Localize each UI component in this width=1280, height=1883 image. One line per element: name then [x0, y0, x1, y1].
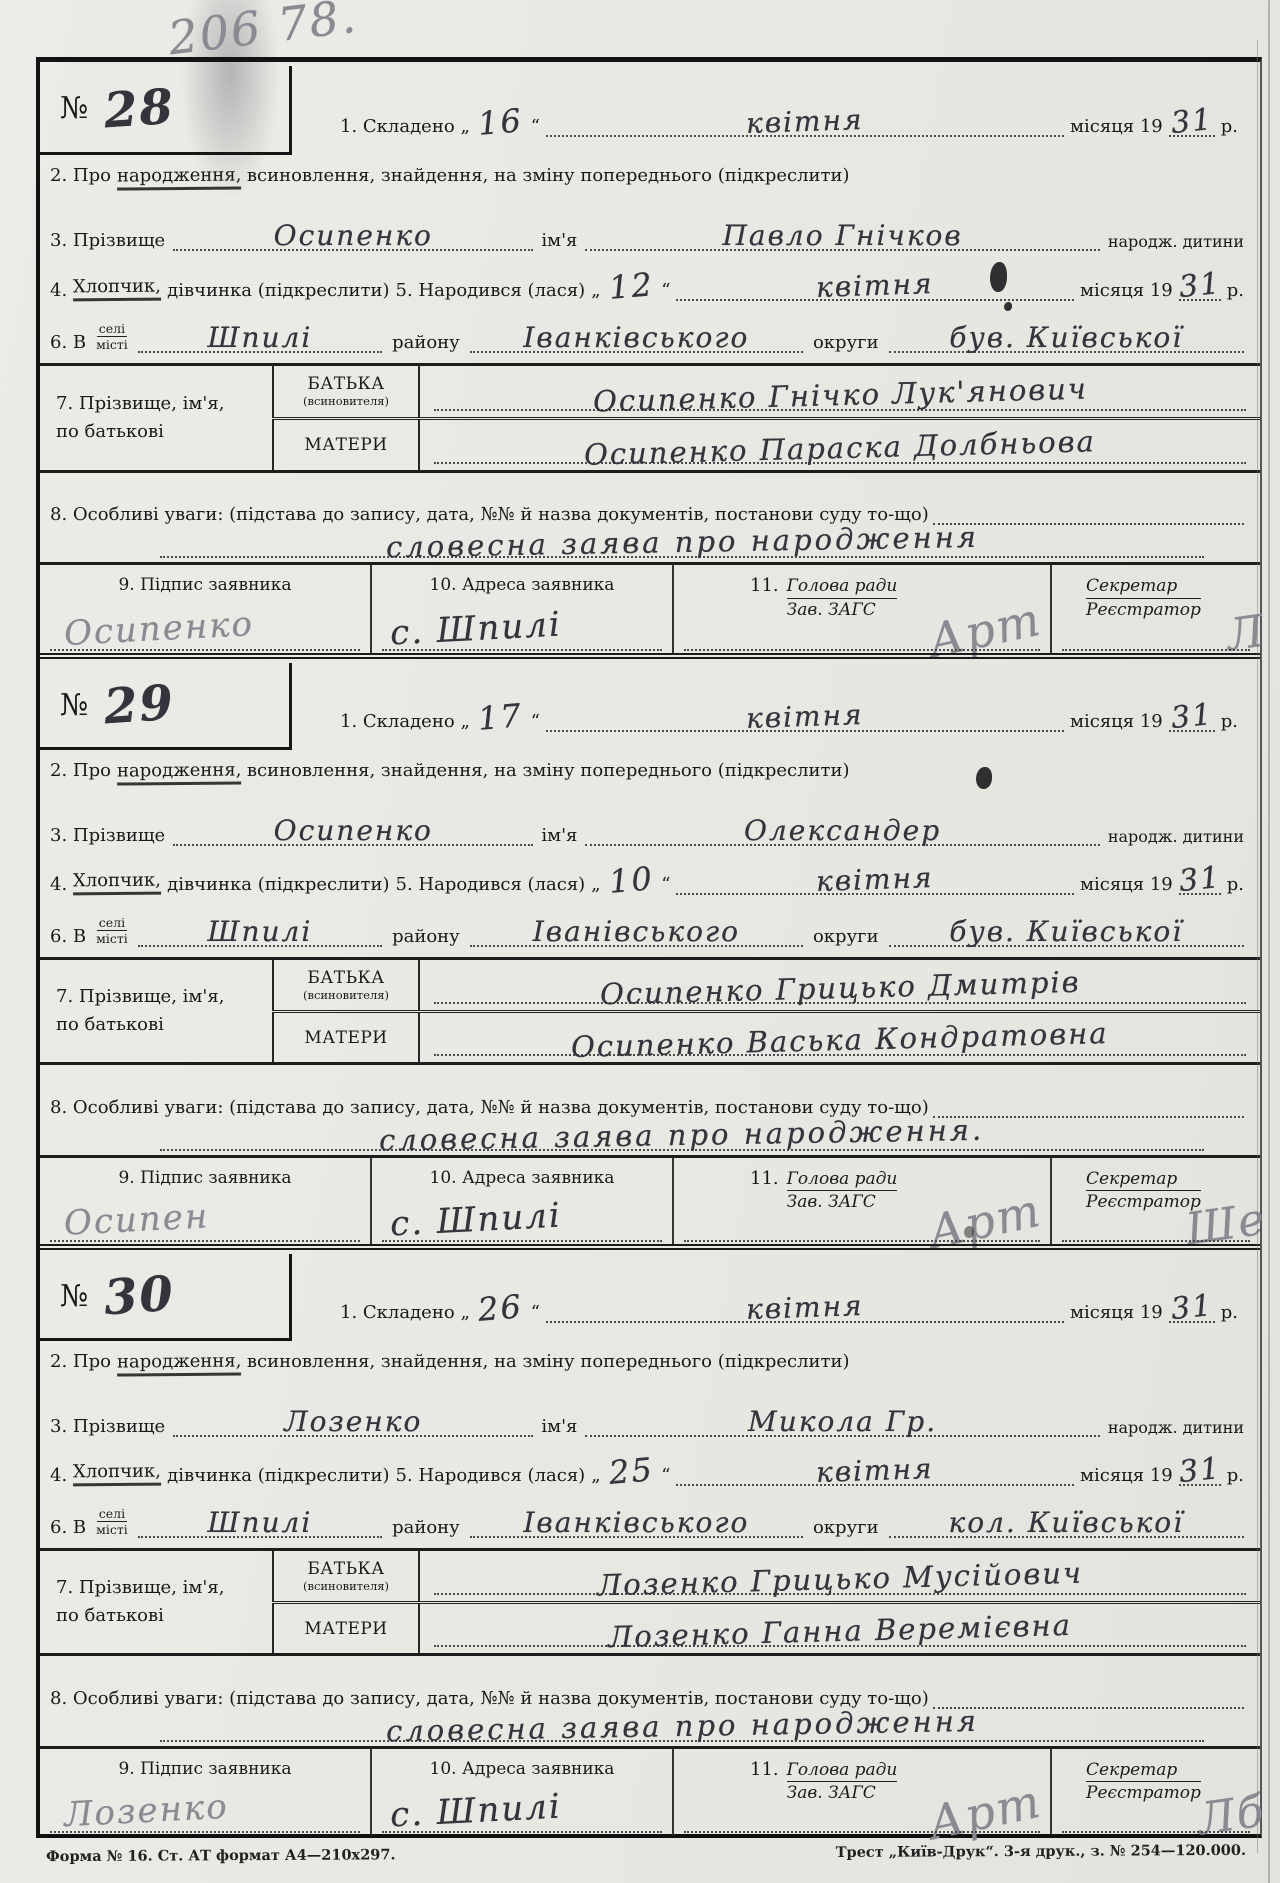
okruga-label: округи	[813, 1517, 879, 1538]
sex-prefix: 4.	[50, 280, 67, 301]
remarks-label: 8. Особливі уваги: (підстава до запису, …	[50, 1688, 929, 1709]
record-number-value: 30	[103, 1266, 178, 1327]
father-row: БАТЬКА (всиновителя) Лозенко Грицько Мус…	[272, 1551, 1260, 1604]
composed-day-value: 17	[476, 697, 524, 739]
sex-underlined-boy: Хлопчик,	[73, 1461, 161, 1487]
birth-year-field: 31	[1179, 268, 1221, 301]
birth-month-field: квітня	[676, 269, 1074, 301]
name-value: Микола Гр.	[748, 1405, 937, 1438]
type-prefix: 2. Про	[50, 165, 111, 186]
parents-label: 7. Прізвище, ім'я, по батькові	[40, 366, 272, 470]
remarks-value-area: словесна заява про народження	[50, 1709, 1244, 1746]
mother-field: Осипенко Параска Долбньова	[420, 420, 1260, 470]
mother-label: МАТЕРИ	[304, 1619, 387, 1639]
village-city-fraction: селі місті	[96, 1506, 128, 1538]
okruga-value: був. Київської	[949, 321, 1183, 354]
birth-month-value: квітня	[816, 1452, 935, 1489]
head-zags-fraction: Голова ради Зав. ЗАГС	[787, 1759, 898, 1836]
month-19-label: місяця 19	[1080, 874, 1173, 895]
applicant-address-label: 10. Адреса заявника	[372, 1759, 672, 1779]
mother-row: МАТЕРИ Осипенко Васька Кондратовна	[272, 1013, 1260, 1063]
remarks-field: словесна заява про народження	[160, 1709, 1204, 1742]
record-type-line: 2. Про народження, всиновлення, знайденн…	[50, 1351, 1244, 1387]
year-suffix-label: р.	[1221, 1302, 1238, 1323]
okruga-label: округи	[813, 332, 879, 353]
okruga-value: кол. Київської	[948, 1506, 1184, 1539]
sex-underlined-boy: Хлопчик,	[73, 276, 161, 302]
okruga-field: був. Київської	[889, 915, 1244, 947]
type-underlined-birth: народження,	[117, 164, 242, 190]
applicant-signature-value: Осипенко	[63, 604, 255, 654]
applicant-signature-label: 9. Підпис заявника	[40, 575, 370, 595]
record-number-box: № 28	[40, 66, 292, 155]
applicant-signature-label: 9. Підпис заявника	[40, 1759, 370, 1779]
surname-field: Лозенко	[173, 1405, 533, 1437]
applicant-address-cell: 10. Адреса заявника с. Шпилі	[372, 565, 674, 653]
composed-year-field: 31	[1169, 104, 1215, 137]
birth-year-value: 31	[1177, 860, 1223, 899]
okruga-field: кол. Київської	[889, 1506, 1244, 1538]
father-row: БАТЬКА (всиновителя) Осипенко Грицько Дм…	[272, 960, 1260, 1013]
rayon-value: Іванківського	[523, 1506, 749, 1539]
composed-month-field: квітня	[546, 1291, 1064, 1323]
signature-line	[1062, 1831, 1250, 1833]
name-label: ім'я	[541, 230, 577, 251]
surname-label: 3. Прізвище	[50, 230, 165, 251]
village-value: Шпилі	[208, 321, 313, 354]
composed-year-value: 31	[1169, 1288, 1215, 1327]
applicant-address-label: 10. Адреса заявника	[372, 575, 672, 595]
year-suffix-label: р.	[1227, 1465, 1244, 1486]
signature-line	[382, 649, 662, 651]
father-label: БАТЬКА	[307, 374, 384, 394]
father-field: Лозенко Грицько Мусійович	[420, 1551, 1260, 1601]
composed-day-value: 26	[476, 1288, 524, 1330]
village-value: Шпилі	[208, 915, 313, 948]
signature-row: 9. Підпис заявника Осипен 10. Адреса зая…	[40, 1155, 1260, 1245]
remarks-field: словесна заява про народження	[160, 525, 1204, 558]
number-sign-label: №	[60, 688, 88, 723]
record-number-row: № 28 1. Складено „ 16 “ квітня місяця 19…	[40, 66, 1244, 155]
head-signature-value: Арт	[924, 1774, 1047, 1851]
open-quote: „	[461, 116, 470, 137]
item-11-label: 11.	[750, 1168, 779, 1245]
father-row: БАТЬКА (всиновителя) Осипенко Гнічко Лук…	[272, 366, 1260, 419]
parents-rows: БАТЬКА (всиновителя) Осипенко Гнічко Лук…	[272, 366, 1260, 470]
mother-fill: Лозенко Ганна Веремієвна	[434, 1614, 1246, 1647]
remarks-value: словесна заява про народження	[385, 1703, 979, 1747]
composed-month-value: квітня	[746, 1289, 865, 1326]
applicant-signature-value: Лозенко	[63, 1787, 230, 1836]
parents-label: 7. Прізвище, ім'я, по батькові	[40, 1551, 272, 1654]
head-zags-fraction: Голова ради Зав. ЗАГС	[787, 575, 898, 653]
name-label: ім'я	[541, 1416, 577, 1437]
village-field: Шпилі	[138, 915, 382, 947]
surname-value: Осипенко	[274, 814, 433, 847]
rayon-label: району	[392, 332, 460, 353]
applicant-signature-cell: 9. Підпис заявника Лозенко	[40, 1749, 372, 1836]
number-sign-label: №	[60, 1279, 88, 1314]
surname-value: Осипенко	[274, 219, 433, 252]
type-rest: всиновлення, знайдення, на зміну поперед…	[247, 1351, 850, 1372]
year-suffix-label: р.	[1227, 874, 1244, 895]
applicant-address-label: 10. Адреса заявника	[372, 1168, 672, 1188]
applicant-address-value: с. Шпилі	[389, 1196, 563, 1245]
head-of-council-label: Голова ради	[787, 1759, 898, 1783]
mother-label: МАТЕРИ	[304, 435, 387, 455]
month-19-label: місяця 19	[1080, 280, 1173, 301]
birth-day-value: 12	[607, 265, 655, 307]
rayon-field: Іванківського	[470, 321, 803, 353]
composed-month-value: квітня	[746, 698, 865, 735]
birth-month-field: квітня	[676, 1454, 1074, 1486]
composed-month-field: квітня	[546, 105, 1064, 137]
month-19-label: місяця 19	[1070, 711, 1163, 732]
parents-table: 7. Прізвище, ім'я, по батькові БАТЬКА (в…	[40, 363, 1260, 473]
mother-row: МАТЕРИ Осипенко Параска Долбньова	[272, 420, 1260, 470]
in-label: 6. В	[50, 332, 86, 353]
composed-day-value: 16	[476, 101, 524, 143]
mother-header: МАТЕРИ	[272, 420, 420, 470]
signature-line	[684, 649, 1040, 651]
rayon-value: Іванківського	[523, 321, 749, 354]
page-edge-line	[1268, 0, 1270, 1883]
rayon-field: Іванівського	[470, 915, 803, 947]
composed-year-field: 31	[1169, 699, 1215, 732]
child-label: народж. дитини	[1108, 232, 1244, 251]
village-city-fraction: селі місті	[96, 321, 128, 353]
adopter-label: (всиновителя)	[303, 394, 389, 408]
father-value: Осипенко Грицько Дмитрів	[599, 964, 1080, 1011]
signature-line	[382, 1831, 662, 1833]
applicant-address-value: с. Шпилі	[389, 605, 563, 654]
applicant-signature-value: Осипен	[63, 1196, 210, 1244]
mother-fill: Осипенко Параска Долбньова	[434, 431, 1246, 464]
type-underlined-birth: народження,	[117, 1351, 242, 1377]
rayon-field: Іванківського	[470, 1506, 803, 1538]
composed-label: 1. Складено	[340, 711, 455, 732]
ink-blot	[976, 767, 992, 789]
father-header: БАТЬКА (всиновителя)	[272, 1551, 420, 1601]
name-field: Микола Гр.	[585, 1405, 1099, 1437]
village-city-fraction: селі місті	[96, 915, 128, 947]
form-footer: Форма № 16. Ст. АТ формат А4—210x297. Тр…	[46, 1842, 1246, 1865]
record-number-row: № 29 1. Складено „ 17 “ квітня місяця 19…	[40, 663, 1244, 750]
surname-label: 3. Прізвище	[50, 825, 165, 846]
type-rest: всиновлення, знайдення, на зміну поперед…	[247, 760, 850, 781]
record-number-value: 28	[103, 78, 178, 139]
sex-prefix: 4.	[50, 874, 67, 895]
birth-month-field: квітня	[676, 863, 1074, 895]
signature-line	[1062, 1240, 1250, 1242]
birth-record: № 28 1. Складено „ 16 “ квітня місяця 19…	[40, 62, 1260, 653]
remarks-value-area: словесна заява про народження	[50, 525, 1244, 562]
type-prefix: 2. Про	[50, 1351, 111, 1372]
record-number-value: 29	[103, 675, 178, 736]
rayon-value: Іванівського	[533, 915, 740, 948]
secretary-label: Секретар	[1086, 575, 1201, 599]
signature-row: 9. Підпис заявника Лозенко 10. Адреса за…	[40, 1746, 1260, 1836]
registration-form: № 28 1. Складено „ 16 “ квітня місяця 19…	[36, 57, 1262, 1838]
composed-month-field: квітня	[546, 700, 1064, 732]
signature-line	[50, 649, 360, 651]
head-of-council-label: Голова ради	[787, 1168, 898, 1192]
village-value: Шпилі	[208, 1506, 313, 1539]
composed-label: 1. Складено	[340, 1302, 455, 1323]
sex-underlined-boy: Хлопчик,	[73, 870, 161, 896]
parents-label-line2: по батькові	[56, 418, 272, 446]
month-19-label: місяця 19	[1080, 1465, 1173, 1486]
record-number-box: № 29	[40, 663, 292, 750]
name-field: Олександер	[585, 814, 1099, 846]
birth-month-value: квітня	[816, 267, 935, 304]
secretary-registrar-fraction: Секретар Реєстратор	[1086, 575, 1201, 653]
remarks-line: 8. Особливі уваги: (підстава до запису, …	[50, 1079, 1244, 1117]
name-value: Олександер	[744, 814, 941, 847]
close-quote: “	[531, 1302, 540, 1323]
close-quote: “	[661, 280, 670, 301]
name-line: 3. Прізвище Осипенко ім'я Павло Гнічков …	[50, 201, 1244, 251]
composed-line: 1. Складено „ 26 “ квітня місяця 19 31 р…	[292, 1254, 1244, 1341]
open-quote: „	[461, 1302, 470, 1323]
remarks-value: словесна заява про народження.	[379, 1112, 985, 1157]
parents-label-line2: по батькові	[56, 1602, 272, 1630]
father-field: Осипенко Гнічко Лук'янович	[420, 366, 1260, 416]
rayon-label: району	[392, 1517, 460, 1538]
item-11-label: 11.	[750, 575, 779, 653]
birth-record: № 29 1. Складено „ 17 “ квітня місяця 19…	[40, 653, 1260, 1244]
parents-label-line1: 7. Прізвище, ім'я,	[56, 1574, 272, 1602]
father-value: Осипенко Гнічко Лук'янович	[592, 371, 1088, 418]
in-label: 6. В	[50, 926, 86, 947]
rayon-label: району	[392, 926, 460, 947]
father-fill: Осипенко Грицько Дмитрів	[434, 971, 1246, 1004]
applicant-address-cell: 10. Адреса заявника с. Шпилі	[372, 1158, 674, 1245]
name-value: Павло Гнічков	[722, 219, 962, 252]
signature-line	[1062, 649, 1250, 651]
name-field: Павло Гнічков	[585, 219, 1099, 251]
father-fill: Лозенко Грицько Мусійович	[434, 1562, 1246, 1595]
registrar-label: Реєстратор	[1086, 1782, 1201, 1805]
signature-line	[50, 1240, 360, 1242]
signature-line	[684, 1831, 1040, 1833]
parents-table: 7. Прізвище, ім'я, по батькові БАТЬКА (в…	[40, 1548, 1260, 1657]
name-line: 3. Прізвище Осипенко ім'я Олександер нар…	[50, 797, 1244, 846]
mother-value: Осипенко Васька Кондратовна	[571, 1016, 1109, 1064]
father-field: Осипенко Грицько Дмитрів	[420, 960, 1260, 1010]
parents-table: 7. Прізвище, ім'я, по батькові БАТЬКА (в…	[40, 957, 1260, 1066]
month-19-label: місяця 19	[1070, 116, 1163, 137]
composed-month-value: квітня	[746, 102, 865, 139]
open-quote: „	[591, 874, 600, 895]
birth-year-field: 31	[1179, 862, 1221, 895]
birth-year-field: 31	[1179, 1453, 1221, 1486]
born-label: 5. Народився (лася)	[396, 280, 586, 301]
city-word: місті	[96, 337, 128, 353]
place-line: 6. В селі місті Шпилі району Іванківсько…	[50, 301, 1244, 353]
birth-day-value: 10	[607, 860, 655, 902]
composed-label: 1. Складено	[340, 116, 455, 137]
name-line: 3. Прізвище Лозенко ім'я Микола Гр. наро…	[50, 1388, 1244, 1437]
remarks-line: 8. Особливі уваги: (підстава до запису, …	[50, 487, 1244, 525]
remarks-line: 8. Особливі уваги: (підстава до запису, …	[50, 1670, 1244, 1708]
year-suffix-label: р.	[1221, 116, 1238, 137]
head-signature-cell: 11. Голова ради Зав. ЗАГС Арт	[674, 1158, 1052, 1245]
applicant-address-value: с. Шпилі	[389, 1787, 563, 1836]
mother-label: МАТЕРИ	[304, 1028, 387, 1048]
type-rest: всиновлення, знайдення, на зміну поперед…	[247, 165, 850, 186]
adopter-label: (всиновителя)	[303, 1579, 389, 1593]
city-word: місті	[96, 1522, 128, 1538]
parents-label-line1: 7. Прізвище, ім'я,	[56, 390, 272, 418]
born-label: 5. Народився (лася)	[396, 1465, 586, 1486]
father-header: БАТЬКА (всиновителя)	[272, 960, 420, 1010]
zags-label: Зав. ЗАГС	[787, 1191, 898, 1214]
close-quote: “	[661, 874, 670, 895]
village-field: Шпилі	[138, 1506, 382, 1538]
mother-value: Осипенко Параска Долбньова	[584, 424, 1097, 471]
type-prefix: 2. Про	[50, 760, 111, 781]
open-quote: „	[591, 280, 600, 301]
signature-row: 9. Підпис заявника Осипенко 10. Адреса з…	[40, 562, 1260, 653]
month-19-label: місяця 19	[1070, 1302, 1163, 1323]
composed-year-value: 31	[1169, 697, 1215, 736]
secretary-cell: Секретар Реєстратор Ше	[1052, 1158, 1260, 1245]
type-underlined-birth: народження,	[117, 760, 242, 786]
mother-field: Осипенко Васька Кондратовна	[420, 1013, 1260, 1063]
close-quote: “	[531, 116, 540, 137]
applicant-signature-cell: 9. Підпис заявника Осипенко	[40, 565, 372, 653]
child-label: народж. дитини	[1108, 827, 1244, 846]
open-quote: „	[461, 711, 470, 732]
sex-prefix: 4.	[50, 1465, 67, 1486]
applicant-signature-cell: 9. Підпис заявника Осипен	[40, 1158, 372, 1245]
name-label: ім'я	[541, 825, 577, 846]
mother-row: МАТЕРИ Лозенко Ганна Веремієвна	[272, 1604, 1260, 1654]
secretary-registrar-fraction: Секретар Реєстратор	[1086, 1759, 1201, 1836]
parents-label-line1: 7. Прізвище, ім'я,	[56, 983, 272, 1011]
parents-rows: БАТЬКА (всиновителя) Осипенко Грицько Дм…	[272, 960, 1260, 1063]
surname-label: 3. Прізвище	[50, 1416, 165, 1437]
surname-field: Осипенко	[173, 219, 533, 251]
remarks-value-area: словесна заява про народження.	[50, 1118, 1244, 1155]
ink-blot	[964, 1226, 974, 1238]
signature-line	[684, 1240, 1040, 1242]
footer-form-info: Форма № 16. Ст. АТ формат А4—210x297.	[46, 1846, 396, 1865]
city-word: місті	[96, 931, 128, 947]
in-label: 6. В	[50, 1517, 86, 1538]
father-label: БАТЬКА	[307, 1559, 384, 1579]
sex-rest: дівчинка (підкреслити)	[167, 280, 389, 301]
remarks-value: словесна заява про народження	[385, 520, 979, 564]
father-value: Лозенко Грицько Мусійович	[597, 1555, 1084, 1602]
okruga-value: був. Київської	[949, 915, 1183, 948]
head-signature-cell: 11. Голова ради Зав. ЗАГС Арт	[674, 565, 1052, 653]
father-fill: Осипенко Гнічко Лук'янович	[434, 378, 1246, 411]
born-label: 5. Народився (лася)	[396, 874, 586, 895]
sex-birthdate-line: 4. Хлопчик, дівчинка (підкреслити) 5. На…	[50, 1437, 1244, 1486]
village-word: селі	[97, 1506, 127, 1523]
signature-line	[382, 1240, 662, 1242]
sex-birthdate-line: 4. Хлопчик, дівчинка (підкреслити) 5. На…	[50, 251, 1244, 301]
mother-value: Лозенко Ганна Веремієвна	[608, 1608, 1073, 1654]
record-type-line: 2. Про народження, всиновлення, знайденн…	[50, 165, 1244, 202]
head-zags-fraction: Голова ради Зав. ЗАГС	[787, 1168, 898, 1245]
number-sign-label: №	[60, 91, 88, 126]
zags-label: Зав. ЗАГС	[787, 599, 898, 622]
secretary-label: Секретар	[1086, 1759, 1201, 1783]
surname-field: Осипенко	[173, 814, 533, 846]
secretary-label: Секретар	[1086, 1168, 1201, 1192]
record-number-row: № 30 1. Складено „ 26 “ квітня місяця 19…	[40, 1254, 1244, 1341]
sex-rest: дівчинка (підкреслити)	[167, 1465, 389, 1486]
mother-field: Лозенко Ганна Веремієвна	[420, 1604, 1260, 1654]
composed-line: 1. Складено „ 17 “ квітня місяця 19 31 р…	[292, 663, 1244, 750]
composed-line: 1. Складено „ 16 “ квітня місяця 19 31 р…	[292, 66, 1244, 155]
birth-year-value: 31	[1177, 1451, 1223, 1490]
surname-value: Лозенко	[284, 1405, 422, 1438]
remarks-field: словесна заява про народження.	[160, 1118, 1204, 1151]
year-suffix-label: р.	[1221, 711, 1238, 732]
applicant-signature-label: 9. Підпис заявника	[40, 1168, 370, 1188]
page-edge-line	[1257, 40, 1258, 1853]
village-field: Шпилі	[138, 321, 382, 353]
composed-year-field: 31	[1169, 1290, 1215, 1323]
ink-blot	[990, 262, 1007, 292]
open-quote: „	[591, 1465, 600, 1486]
place-line: 6. В селі місті Шпилі району Іванівськог…	[50, 895, 1244, 946]
father-header: БАТЬКА (всиновителя)	[272, 366, 420, 416]
okruga-label: округи	[813, 926, 879, 947]
parents-rows: БАТЬКА (всиновителя) Лозенко Грицько Мус…	[272, 1551, 1260, 1654]
scanned-page: 206 78. № 28 1. Складено „ 16 “ квітня м…	[0, 0, 1280, 1883]
mother-header: МАТЕРИ	[272, 1013, 420, 1063]
close-quote: “	[531, 711, 540, 732]
year-suffix-label: р.	[1227, 280, 1244, 301]
parents-label-line2: по батькові	[56, 1011, 272, 1039]
birth-record: № 30 1. Складено „ 26 “ квітня місяця 19…	[40, 1244, 1260, 1835]
record-type-line: 2. Про народження, всиновлення, знайденн…	[50, 760, 1244, 796]
zags-label: Зав. ЗАГС	[787, 1782, 898, 1805]
ink-blot	[1004, 302, 1012, 311]
adopter-label: (всиновителя)	[303, 988, 389, 1002]
close-quote: “	[661, 1465, 670, 1486]
registrar-label: Реєстратор	[1086, 599, 1201, 622]
birth-day-value: 25	[607, 1451, 655, 1493]
signature-line	[50, 1831, 360, 1833]
applicant-address-cell: 10. Адреса заявника с. Шпилі	[372, 1749, 674, 1836]
remarks-label: 8. Особливі уваги: (підстава до запису, …	[50, 1097, 929, 1118]
mother-fill: Осипенко Васька Кондратовна	[434, 1023, 1246, 1056]
mother-header: МАТЕРИ	[272, 1604, 420, 1654]
head-signature-cell: 11. Голова ради Зав. ЗАГС Арт	[674, 1749, 1052, 1836]
father-label: БАТЬКА	[307, 968, 384, 988]
sex-birthdate-line: 4. Хлопчик, дівчинка (підкреслити) 5. На…	[50, 846, 1244, 895]
item-11-label: 11.	[750, 1759, 779, 1836]
sex-rest: дівчинка (підкреслити)	[167, 874, 389, 895]
parents-label: 7. Прізвище, ім'я, по батькові	[40, 960, 272, 1063]
secretary-signature-value: Лб	[1195, 1786, 1269, 1846]
place-line: 6. В селі місті Шпилі району Іванківсько…	[50, 1486, 1244, 1537]
footer-printer-info: Трест „Київ-Друк“. 3-я друк., з. № 254—1…	[836, 1842, 1246, 1861]
birth-month-value: квітня	[816, 861, 935, 898]
record-number-box: № 30	[40, 1254, 292, 1341]
child-label: народж. дитини	[1108, 1418, 1244, 1437]
secretary-cell: Секретар Реєстратор Лб	[1052, 1749, 1260, 1836]
birth-year-value: 31	[1177, 266, 1223, 305]
composed-year-value: 31	[1169, 101, 1215, 140]
village-word: селі	[97, 321, 127, 338]
